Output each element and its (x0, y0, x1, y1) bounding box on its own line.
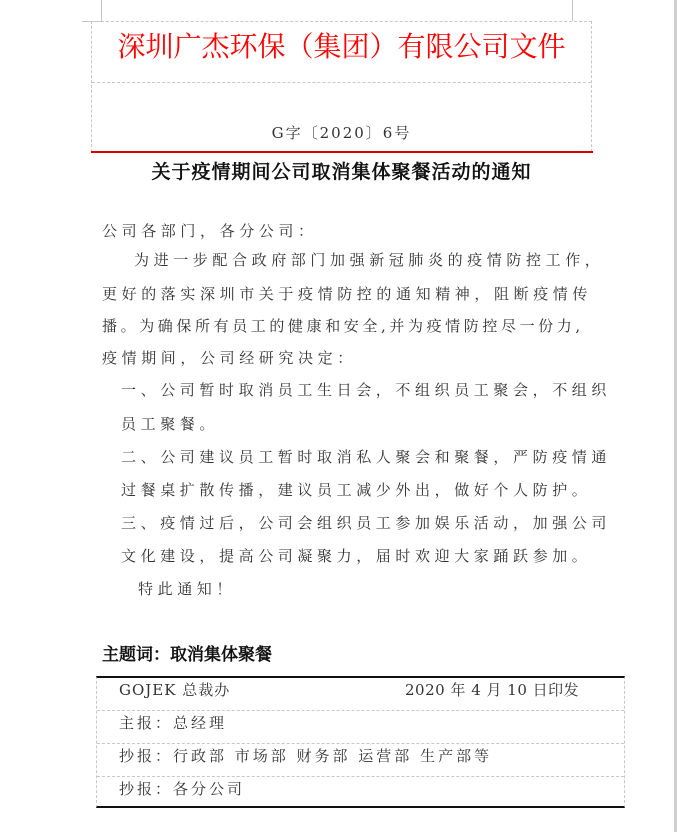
distribution-table: GOJEK 总裁办 2020 年 4 月 10 日印发 主报：总经理 抄报：行政… (96, 676, 625, 808)
list-item-1-cont: 员工聚餐。 (121, 414, 219, 434)
page-corner-mark-right (572, 0, 573, 21)
closing-line: 特此通知！ (138, 579, 236, 599)
salutation: 公司各部门，各分公司： (102, 221, 318, 241)
body-paragraph-line: 更好的落实深圳市关于疫情防控的通知精神，阻断疫情传 (102, 284, 592, 304)
list-item-3-cont: 文化建设，提高公司凝聚力，届时欢迎大家踊跃参加。 (121, 546, 591, 566)
issue-date: 2020 年 4 月 10 日印发 (405, 680, 579, 700)
page-corner-mark-left (101, 0, 102, 21)
cc-branches: 抄报：各分公司 (119, 779, 245, 799)
notice-title: 关于疫情期间公司取消集体聚餐活动的通知 (91, 159, 592, 185)
list-item-3: 三、疫情过后，公司会组织员工参加娱乐活动，加强公司 (121, 513, 611, 533)
list-item-2: 二、公司建议员工暂时取消私人聚会和聚餐，严防疫情通 (121, 447, 611, 467)
table-row: 抄报：行政部 市场部 财务部 运营部 生产部等 (97, 744, 624, 777)
list-item-1: 一、公司暂时取消员工生日会，不组织员工聚会，不组织 (121, 380, 611, 400)
body-paragraph-line: 播。为确保所有员工的健康和安全,并为疫情防控尽一份力, (102, 316, 584, 336)
document-number: G字〔2020〕6号 (91, 122, 592, 144)
body-paragraph-line: 疫情期间，公司经研究决定： (102, 348, 357, 368)
main-report: 主报：总经理 (119, 713, 227, 733)
subject-keywords: 主题词：取消集体聚餐 (102, 644, 272, 666)
issuer: GOJEK 总裁办 (119, 680, 230, 700)
table-row: 抄报：各分公司 (97, 777, 624, 810)
letterhead-divider (92, 82, 591, 83)
body-paragraph-line: 为进一步配合政府部门加强新冠肺炎的疫情防控工作， (134, 250, 604, 270)
cc-departments: 抄报：行政部 市场部 财务部 运营部 生产部等 (119, 746, 492, 766)
table-row: GOJEK 总裁办 2020 年 4 月 10 日印发 (97, 678, 624, 711)
red-header-rule (91, 151, 593, 153)
org-title: 深圳广杰环保（集团）有限公司文件 (91, 27, 592, 67)
table-row: 主报：总经理 (97, 711, 624, 744)
list-item-2-cont: 过餐桌扩散传播，建议员工减少外出，做好个人防护。 (121, 480, 591, 500)
